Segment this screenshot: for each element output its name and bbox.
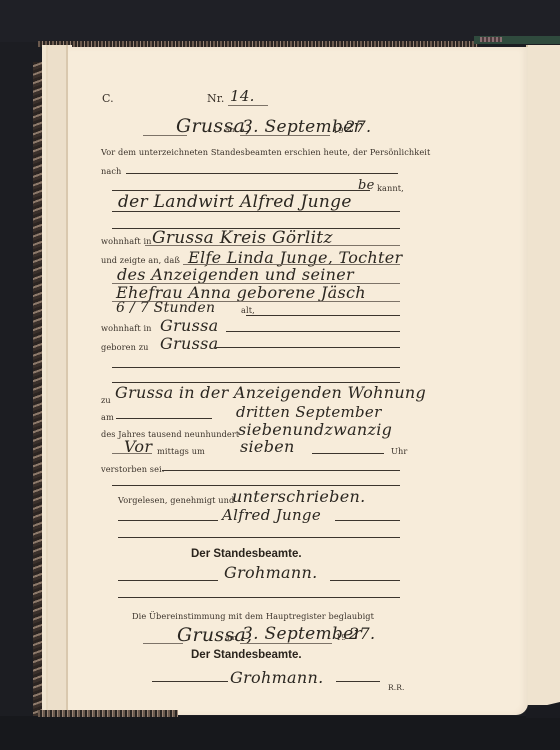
alt-label: alt, [241,305,255,315]
footer-mark: R.R. [388,683,404,692]
wohnhaft-label: wohnhaft in [101,236,152,246]
blank-line [216,347,400,348]
register-number: 14. [230,87,255,105]
geboren-label: geboren zu [101,342,148,352]
blank-line [112,190,370,191]
blank-line [152,681,228,682]
bekannt-label: kannt, [377,183,404,193]
zu-label: zu [101,395,111,405]
blank-line [116,418,212,419]
residence-line [145,245,400,246]
blank-line [330,580,400,581]
place-line [143,643,183,644]
wohnhaft-label-2: wohnhaft in [101,323,152,333]
blank-line [162,470,400,471]
uhr-label: Uhr [391,446,407,456]
blank-line [126,173,398,174]
informant-signature: Alfred Junge [222,506,321,524]
residence-2-handwritten: Grussa [160,316,219,335]
death-place-handwritten: Grussa in der Anzeigenden Wohnung [115,383,426,402]
place-handwritten: Grussa, [176,115,251,137]
certification-text: Die Übereinstimmung mit dem Hauptregiste… [132,611,374,621]
nach-label: nach [101,166,121,176]
blank-line [118,597,400,598]
date-handwritten: 3. September [242,117,362,137]
deceased-line-2: des Anzeigenden und seiner [117,265,354,284]
blank-line [246,315,400,316]
jahres-label: des Jahres tausend neunhundert [101,429,239,439]
year-prefix: 19 [333,125,344,135]
blank-line [112,367,400,368]
birthplace-handwritten: Grussa [160,334,219,353]
next-page-edge [526,45,560,705]
cert-year-handwritten: 27. [349,624,375,643]
blank-line [112,453,152,454]
blank-line [118,580,218,581]
blank-line [312,453,384,454]
blank-line [118,537,400,538]
verstorben-label: verstorben sei. [101,464,164,474]
date-line [240,135,330,136]
blank-line [112,211,400,212]
unterschrieben-handwritten: unterschrieben. [232,487,365,506]
book-binding-top-right [474,36,560,44]
blank-line [118,520,218,521]
book-binding-bottom-edge [38,710,178,717]
zeigte-label: und zeigte an, daß [101,255,180,265]
am-label-2: am [101,412,114,422]
year-handwritten: 27. [345,117,371,136]
intro-text: Vor dem unterzeichneten Standesbeamten e… [101,147,430,157]
registrar-signature-1: Grohmann. [224,563,317,582]
informant-handwritten: der Landwirt Alfred Junge [118,192,352,212]
age-handwritten: 6 / 7 Stunden [116,300,215,316]
vorgelesen-label: Vorgelesen, genehmigt und [118,495,234,505]
number-underline [228,105,268,106]
death-day-handwritten: dritten September [236,403,382,421]
mittags-label: mittags um [157,446,205,456]
form-letter: C. [102,92,114,105]
date-line [240,643,332,644]
blank-line [112,485,400,486]
cert-year-prefix: 19 [336,632,347,642]
number-label: Nr. [207,92,224,105]
registrar-title-1: Der Standesbeamte. [191,548,302,560]
cert-am-label: am [225,633,237,642]
am-label: am [225,125,237,134]
registrar-title-2: Der Standesbeamte. [191,649,302,661]
blank-line [336,681,380,682]
blank-line [226,331,400,332]
death-hour-handwritten: sieben [240,437,295,456]
background-bottom [0,716,560,750]
blank-line [335,520,400,521]
registrar-signature-2: Grohmann. [230,668,323,687]
